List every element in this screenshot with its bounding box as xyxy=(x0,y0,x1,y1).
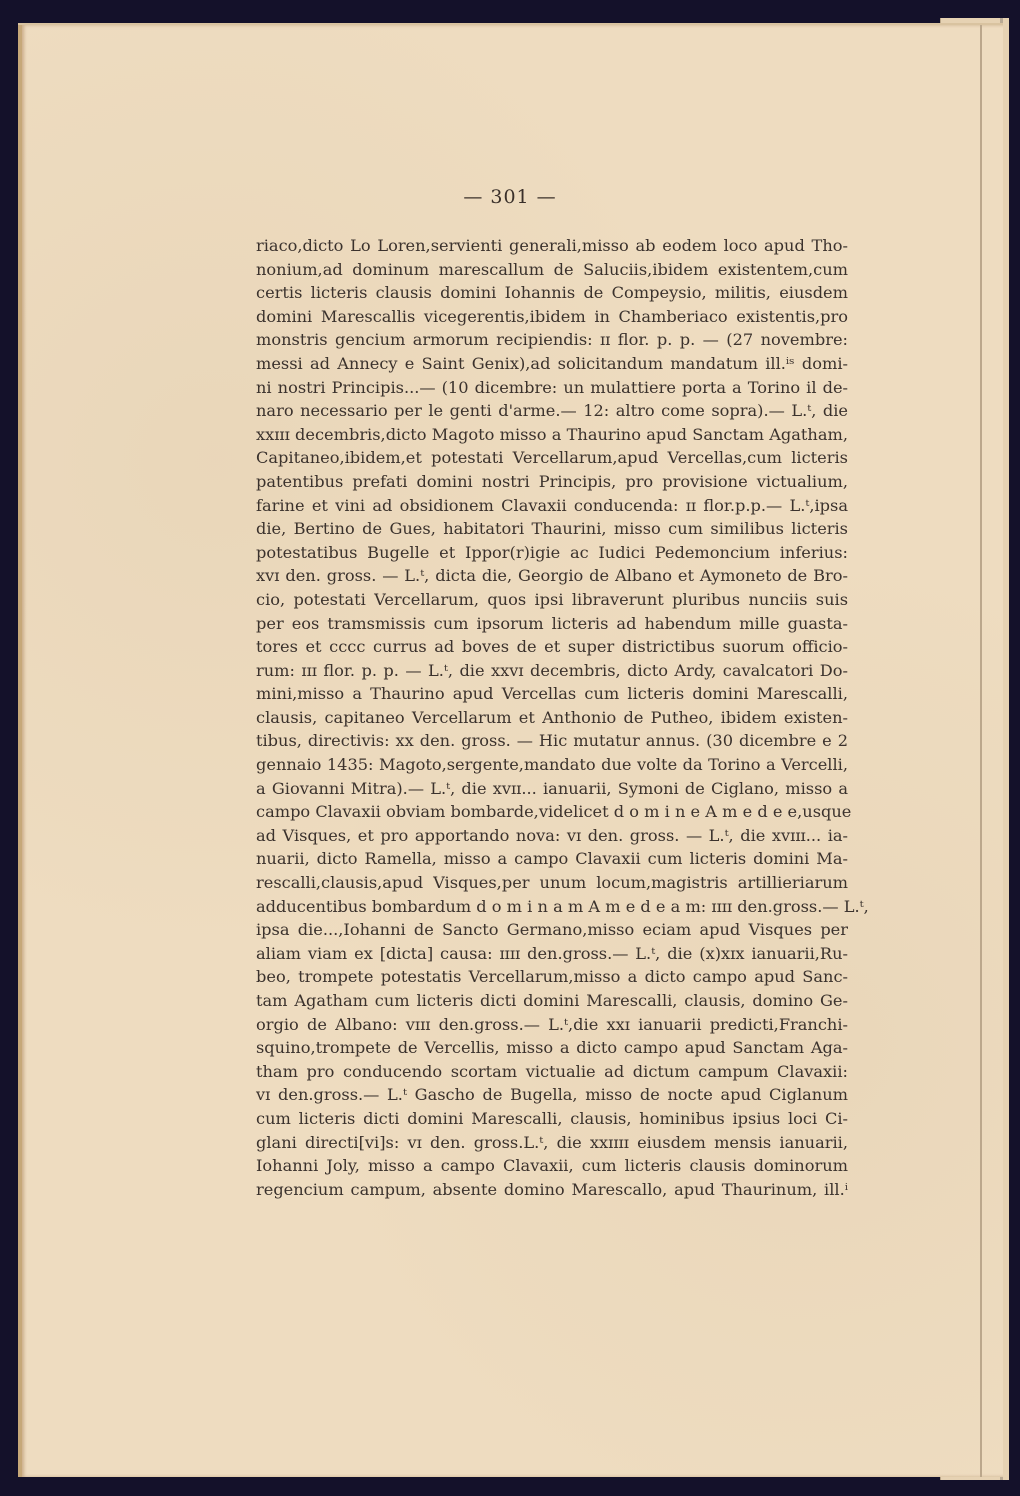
text-line: gennaio 1435: Magoto,sergente,mandato du… xyxy=(256,753,848,777)
text-line: tam Agatham cum licteris dicti domini Ma… xyxy=(256,989,848,1013)
text-line: tham pro conducendo scortam victualie ad… xyxy=(256,1060,848,1084)
text-line: clausis, capitaneo Vercellarum et Anthon… xyxy=(256,706,848,730)
text-line: certis licteris clausis domini Iohannis … xyxy=(256,281,848,305)
text-line: ipsa die...,Iohanni de Sancto Germano,mi… xyxy=(256,918,848,942)
text-line: ni nostri Principis...— (10 dicembre: un… xyxy=(256,376,848,400)
text-line: patentibus prefati domini nostri Princip… xyxy=(256,470,848,494)
page-number: — 301 — xyxy=(0,186,1020,208)
text-line: rum: ɪɪɪ flor. p. p. — L.ᵗ, die xxvɪ dec… xyxy=(256,659,848,683)
page-inner-edge xyxy=(980,25,982,1477)
text-line: ad Visques, et pro apportando nova: vɪ d… xyxy=(256,824,848,848)
text-line: glani directi[vi]s: vɪ den. gross.L.ᵗ, d… xyxy=(256,1131,848,1155)
text-line: nuarii, dicto Ramella, misso a campo Cla… xyxy=(256,847,848,871)
text-line: per eos tramsmissis cum ipsorum licteris… xyxy=(256,612,848,636)
text-line: xxɪɪɪ decembris,dicto Magoto misso a Tha… xyxy=(256,423,848,447)
text-line: Capitaneo,ibidem,et potestati Vercellaru… xyxy=(256,446,848,470)
text-line: naro necessario per le genti d'arme.— 12… xyxy=(256,399,848,423)
text-line: aliam viam ex [dicta] causa: ɪɪɪɪ den.gr… xyxy=(256,942,848,966)
text-line: rescalli,clausis,apud Visques,per unum l… xyxy=(256,871,848,895)
text-line: messi ad Annecy e Saint Genix),ad solici… xyxy=(256,352,848,376)
text-line: cio, potestati Vercellarum, quos ipsi li… xyxy=(256,588,848,612)
text-line: riaco,dicto Lo Loren,servienti generali,… xyxy=(256,234,848,258)
text-line: a Giovanni Mitra).— L.ᵗ, die xvɪɪ... ian… xyxy=(256,777,848,801)
text-line: vɪ den.gross.— L.ᵗ Gascho de Bugella, mi… xyxy=(256,1083,848,1107)
text-line: potestatibus Bugelle et Ippor(r)igie ac … xyxy=(256,541,848,565)
text-line: campo Clavaxii obviam bombarde,videlicet… xyxy=(256,800,848,824)
text-line: monstris gencium armorum recipiendis: ɪɪ… xyxy=(256,328,848,352)
text-line: die, Bertino de Gues, habitatori Thaurin… xyxy=(256,517,848,541)
text-line: squino,trompete de Vercellis, misso a di… xyxy=(256,1036,848,1060)
text-line: domini Marescallis vicegerentis,ibidem i… xyxy=(256,305,848,329)
text-line: farine et vini ad obsidionem Clavaxii co… xyxy=(256,494,848,518)
text-line: tores et cccc currus ad boves de et supe… xyxy=(256,635,848,659)
text-line: nonium,ad dominum marescallum de Salucii… xyxy=(256,258,848,282)
body-text: riaco,dicto Lo Loren,servienti generali,… xyxy=(256,234,848,1201)
text-line: cum licteris dicti domini Marescalli, cl… xyxy=(256,1107,848,1131)
text-line: Iohanni Joly, misso a campo Clavaxii, cu… xyxy=(256,1154,848,1178)
text-line: beo, trompete potestatis Vercellarum,mis… xyxy=(256,965,848,989)
text-line: mini,misso a Thaurino apud Vercellas cum… xyxy=(256,682,848,706)
text-line: regencium campum, absente domino Maresca… xyxy=(256,1178,848,1202)
text-line: orgio de Albano: vɪɪɪ den.gross.— L.ᵗ,di… xyxy=(256,1013,848,1037)
text-line: adducentibus bombardum d o m i n a m A m… xyxy=(256,895,848,919)
text-line: tibus, directivis: xx den. gross. — Hic … xyxy=(256,729,848,753)
text-line: xvɪ den. gross. — L.ᵗ, dicta die, Georgi… xyxy=(256,564,848,588)
